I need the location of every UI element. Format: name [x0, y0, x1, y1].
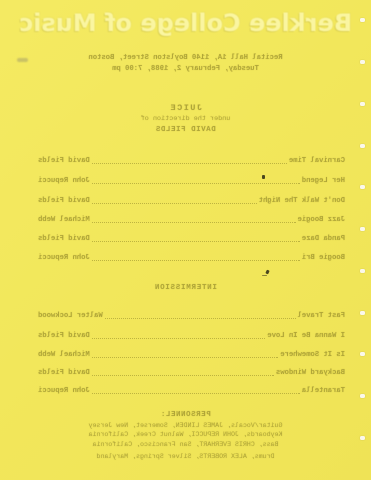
binder-hole — [360, 227, 365, 231]
concert-director: DAVID FIELDS — [0, 126, 371, 134]
dotted-leader — [92, 183, 300, 184]
program-row: Is It Somewhere Michael Webb — [38, 349, 345, 359]
program-row: Fast Travel Walter Lockwood — [38, 310, 345, 320]
piece-title: Her Legend — [302, 177, 345, 185]
binder-hole — [360, 269, 365, 273]
binder-hole — [360, 185, 365, 189]
personnel-line: Guitar/Vocals, JAMES LINDEN, Somerset, N… — [0, 421, 371, 430]
dotted-leader — [92, 241, 300, 242]
concert-subtitle: under the direction of — [0, 115, 371, 123]
personnel-line: Bass, CHRIS EVERHART, San Francisco, Cal… — [0, 440, 371, 449]
performer-credit: David Fields — [38, 235, 90, 243]
binder-hole — [360, 18, 365, 22]
dotted-leader — [92, 357, 279, 358]
piece-title: Fast Travel — [298, 312, 345, 320]
binder-hole — [360, 394, 365, 398]
personnel-line: Keyboards, JOHN REPUCCI, Walnut Creek, C… — [0, 430, 371, 439]
dotted-leader — [92, 163, 287, 164]
performer-credit: David Fields — [38, 332, 90, 340]
personnel-heading: PERSONNEL: — [0, 411, 371, 419]
program-row: Boogie Bri John Repucci — [38, 252, 345, 262]
performer-credit: Michael Webb — [38, 351, 90, 359]
piece-title: Is It Somewhere — [280, 351, 345, 359]
piece-title: Backyard Windows — [276, 369, 345, 377]
ink-speck — [262, 175, 265, 179]
binder-hole — [360, 436, 365, 440]
concert-title: JUICE — [0, 103, 371, 113]
program-row: Her Legend John Repucci — [38, 175, 345, 185]
dotted-leader — [92, 393, 300, 394]
personnel-footer-line: Drums, ALEX ROBERTS, Silver Springs, Mar… — [0, 453, 371, 460]
venue-line: Recital Hall 1A, 1140 Boylston Street, B… — [0, 54, 371, 62]
dotted-leader — [92, 203, 257, 204]
piece-title: Tarantella — [302, 387, 345, 395]
piece-title: Panda Daze — [302, 235, 345, 243]
mirrored-showthrough-layer: Berklee College of Music Recital Hall 1A… — [0, 0, 371, 480]
program-row: Jazz Boogie Michael Webb — [38, 214, 345, 224]
binder-hole — [360, 311, 365, 315]
binder-hole — [360, 60, 365, 64]
piece-title: Jazz Boogie — [298, 216, 345, 224]
intermission-label: INTERMISSION — [0, 284, 371, 292]
piece-title: Carnival Time — [289, 157, 345, 165]
performer-credit: Michael Webb — [38, 216, 90, 224]
date-line: Tuesday, February 2, 1988, 7:00 pm — [0, 65, 371, 73]
program-row: Backyard Windows David Fields — [38, 367, 345, 377]
program-row: Carnival Time David Fields — [38, 155, 345, 165]
ink-speck — [262, 275, 267, 276]
binder-hole — [360, 352, 365, 356]
performer-credit: Walter Lockwood — [38, 312, 103, 320]
piece-title: Don't Walk The Night — [259, 197, 345, 205]
dotted-leader — [92, 375, 274, 376]
piece-title: I Wanna Be In Love — [267, 332, 345, 340]
performer-credit: John Repucci — [38, 387, 90, 395]
program-row: I Wanna Be In Love David Fields — [38, 330, 345, 340]
performer-credit: David Fields — [38, 157, 90, 165]
performer-credit: David Fields — [38, 197, 90, 205]
dotted-leader — [92, 222, 296, 223]
pencil-smudge — [17, 58, 28, 62]
performer-credit: John Repucci — [38, 177, 90, 185]
college-logo-text: Berklee College of Music — [0, 9, 371, 37]
binder-hole — [360, 102, 365, 106]
dotted-leader — [92, 338, 266, 339]
performer-credit: John Repucci — [38, 254, 90, 262]
performer-credit: David Fields — [38, 369, 90, 377]
binder-hole — [360, 144, 365, 148]
program-row: Panda Daze David Fields — [38, 233, 345, 243]
program-row: Don't Walk The Night David Fields — [38, 195, 345, 205]
personnel-list: Guitar/Vocals, JAMES LINDEN, Somerset, N… — [0, 421, 371, 449]
dotted-leader — [105, 318, 296, 319]
scanned-program-page: Berklee College of Music Recital Hall 1A… — [0, 0, 371, 480]
piece-title: Boogie Bri — [302, 254, 345, 262]
dotted-leader — [92, 260, 300, 261]
program-row: Tarantella John Repucci — [38, 385, 345, 395]
